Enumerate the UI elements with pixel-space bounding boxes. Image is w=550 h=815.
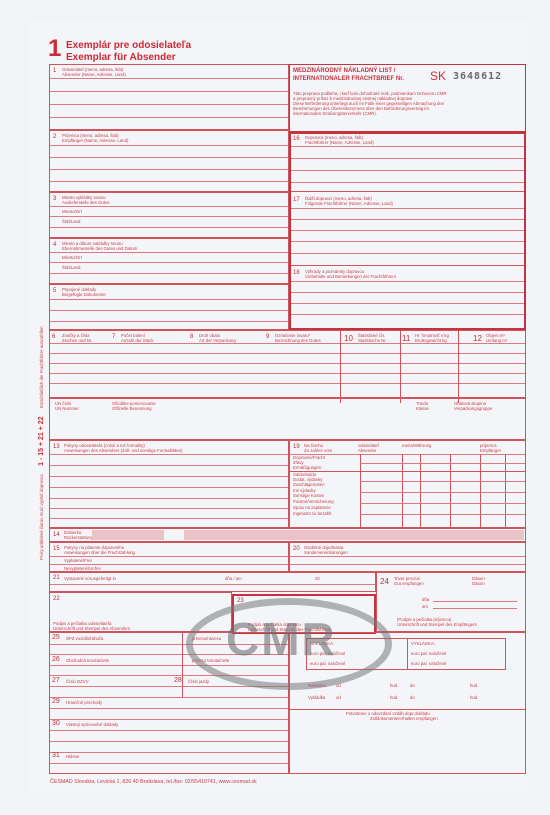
doc-title-de: INTERNATIONALER FRACHTBRIEF Nr. [293,76,404,83]
field-2-consignee[interactable]: 2 Príjemca (meno, adresa, štát) Empfänge… [49,130,289,192]
field-13-sender-instructions[interactable]: 13 Pokyny odosielateľa (colné a iné form… [49,440,289,528]
field-24-goods-received[interactable]: 24 Tovar prevzal Gut empfangen Dátum Dat… [376,572,526,632]
dangerous-goods-area[interactable]: UN číslo UN Nummer Oficiálne pomenovanie… [49,398,526,440]
field-3-delivery-place[interactable]: 3 Miesto vykládky tovaru Auslieferstelle… [49,192,289,238]
field-4-taking-over[interactable]: 4 Miesto a dátum nakládky tovaru Ebernah… [49,238,289,284]
cmr-stamp-label: CMR [226,612,337,666]
document-title-block: MEDZINÁRODNÝ NÁKLADNÝ LIST / INTERNATION… [289,64,526,132]
field-25-vehicle-plate[interactable]: ŠPZ vozidla/ťahača [66,636,103,641]
copy-title-de: Exemplar für Absender [66,52,176,63]
serial-number: 3648612 [453,71,502,82]
copy-title-sk: Exemplár pre odosielateľa [66,40,191,51]
country-code: SK [430,69,446,83]
field-19-charges-table[interactable]: 19 Na ťarchu Zu zahlen vom odosielateľ A… [289,440,526,528]
field-20-special-agreements[interactable]: 20 Osobitné dojednania Sondervereinbarun… [289,542,526,572]
footer-publisher: ČESMAD Slovakia, Levická 1, 826 40 Brati… [50,779,257,785]
side-note: Prvky oddelené čiarou musí vyplniť dopra… [30,300,48,560]
field-27[interactable]: Číslo DZVV [66,679,88,684]
copy-number: 1 [48,36,61,62]
field-31[interactable]: Hlásne [66,754,79,759]
field-17-successive-carriers[interactable]: 17 Ďalší dopravci (meno, adresa, štát) F… [291,193,524,265]
field-21-established-in[interactable]: 21 Vystavené v/Ausgefertigt in dňa / am … [49,572,376,592]
field-15-payment-instructions[interactable]: 15 Pokyny na platenie dopravného Anweisu… [49,542,289,572]
field-26[interactable]: Obchodná tenota/ciele [66,658,109,663]
field-18-carrier-reservations[interactable]: 18 Výhrady a poznámky dopravcu Vorbehalt… [291,266,524,328]
field-28[interactable]: Číslo jazdy [188,679,209,684]
field-16-carrier[interactable]: 16 Dopravca (meno, adresa, štát) Frachtf… [291,134,524,192]
doc-title-sk: MEDZINÁRODNÝ NÁKLADNÝ LIST / [293,68,395,75]
field-1-sender[interactable]: 1 Odosielateľ (meno, adresa, štát) Absen… [49,64,289,130]
field-5-documents[interactable]: 5 Pripojené doklady Beigefügte Dokumente [49,284,289,330]
confirm-de: Zolldokumente/erhalten empfangen [370,716,438,721]
field-30[interactable]: Vlastný sprievodné doklady [66,722,118,727]
field-29-border-crossings[interactable]: Hraničné prechody [66,700,102,705]
field-14-cash-on-delivery[interactable]: 14 Dobierka Rückerstattung [49,528,526,542]
unloading-time-row[interactable]: Vykládka od hod. do hod. [308,695,508,703]
